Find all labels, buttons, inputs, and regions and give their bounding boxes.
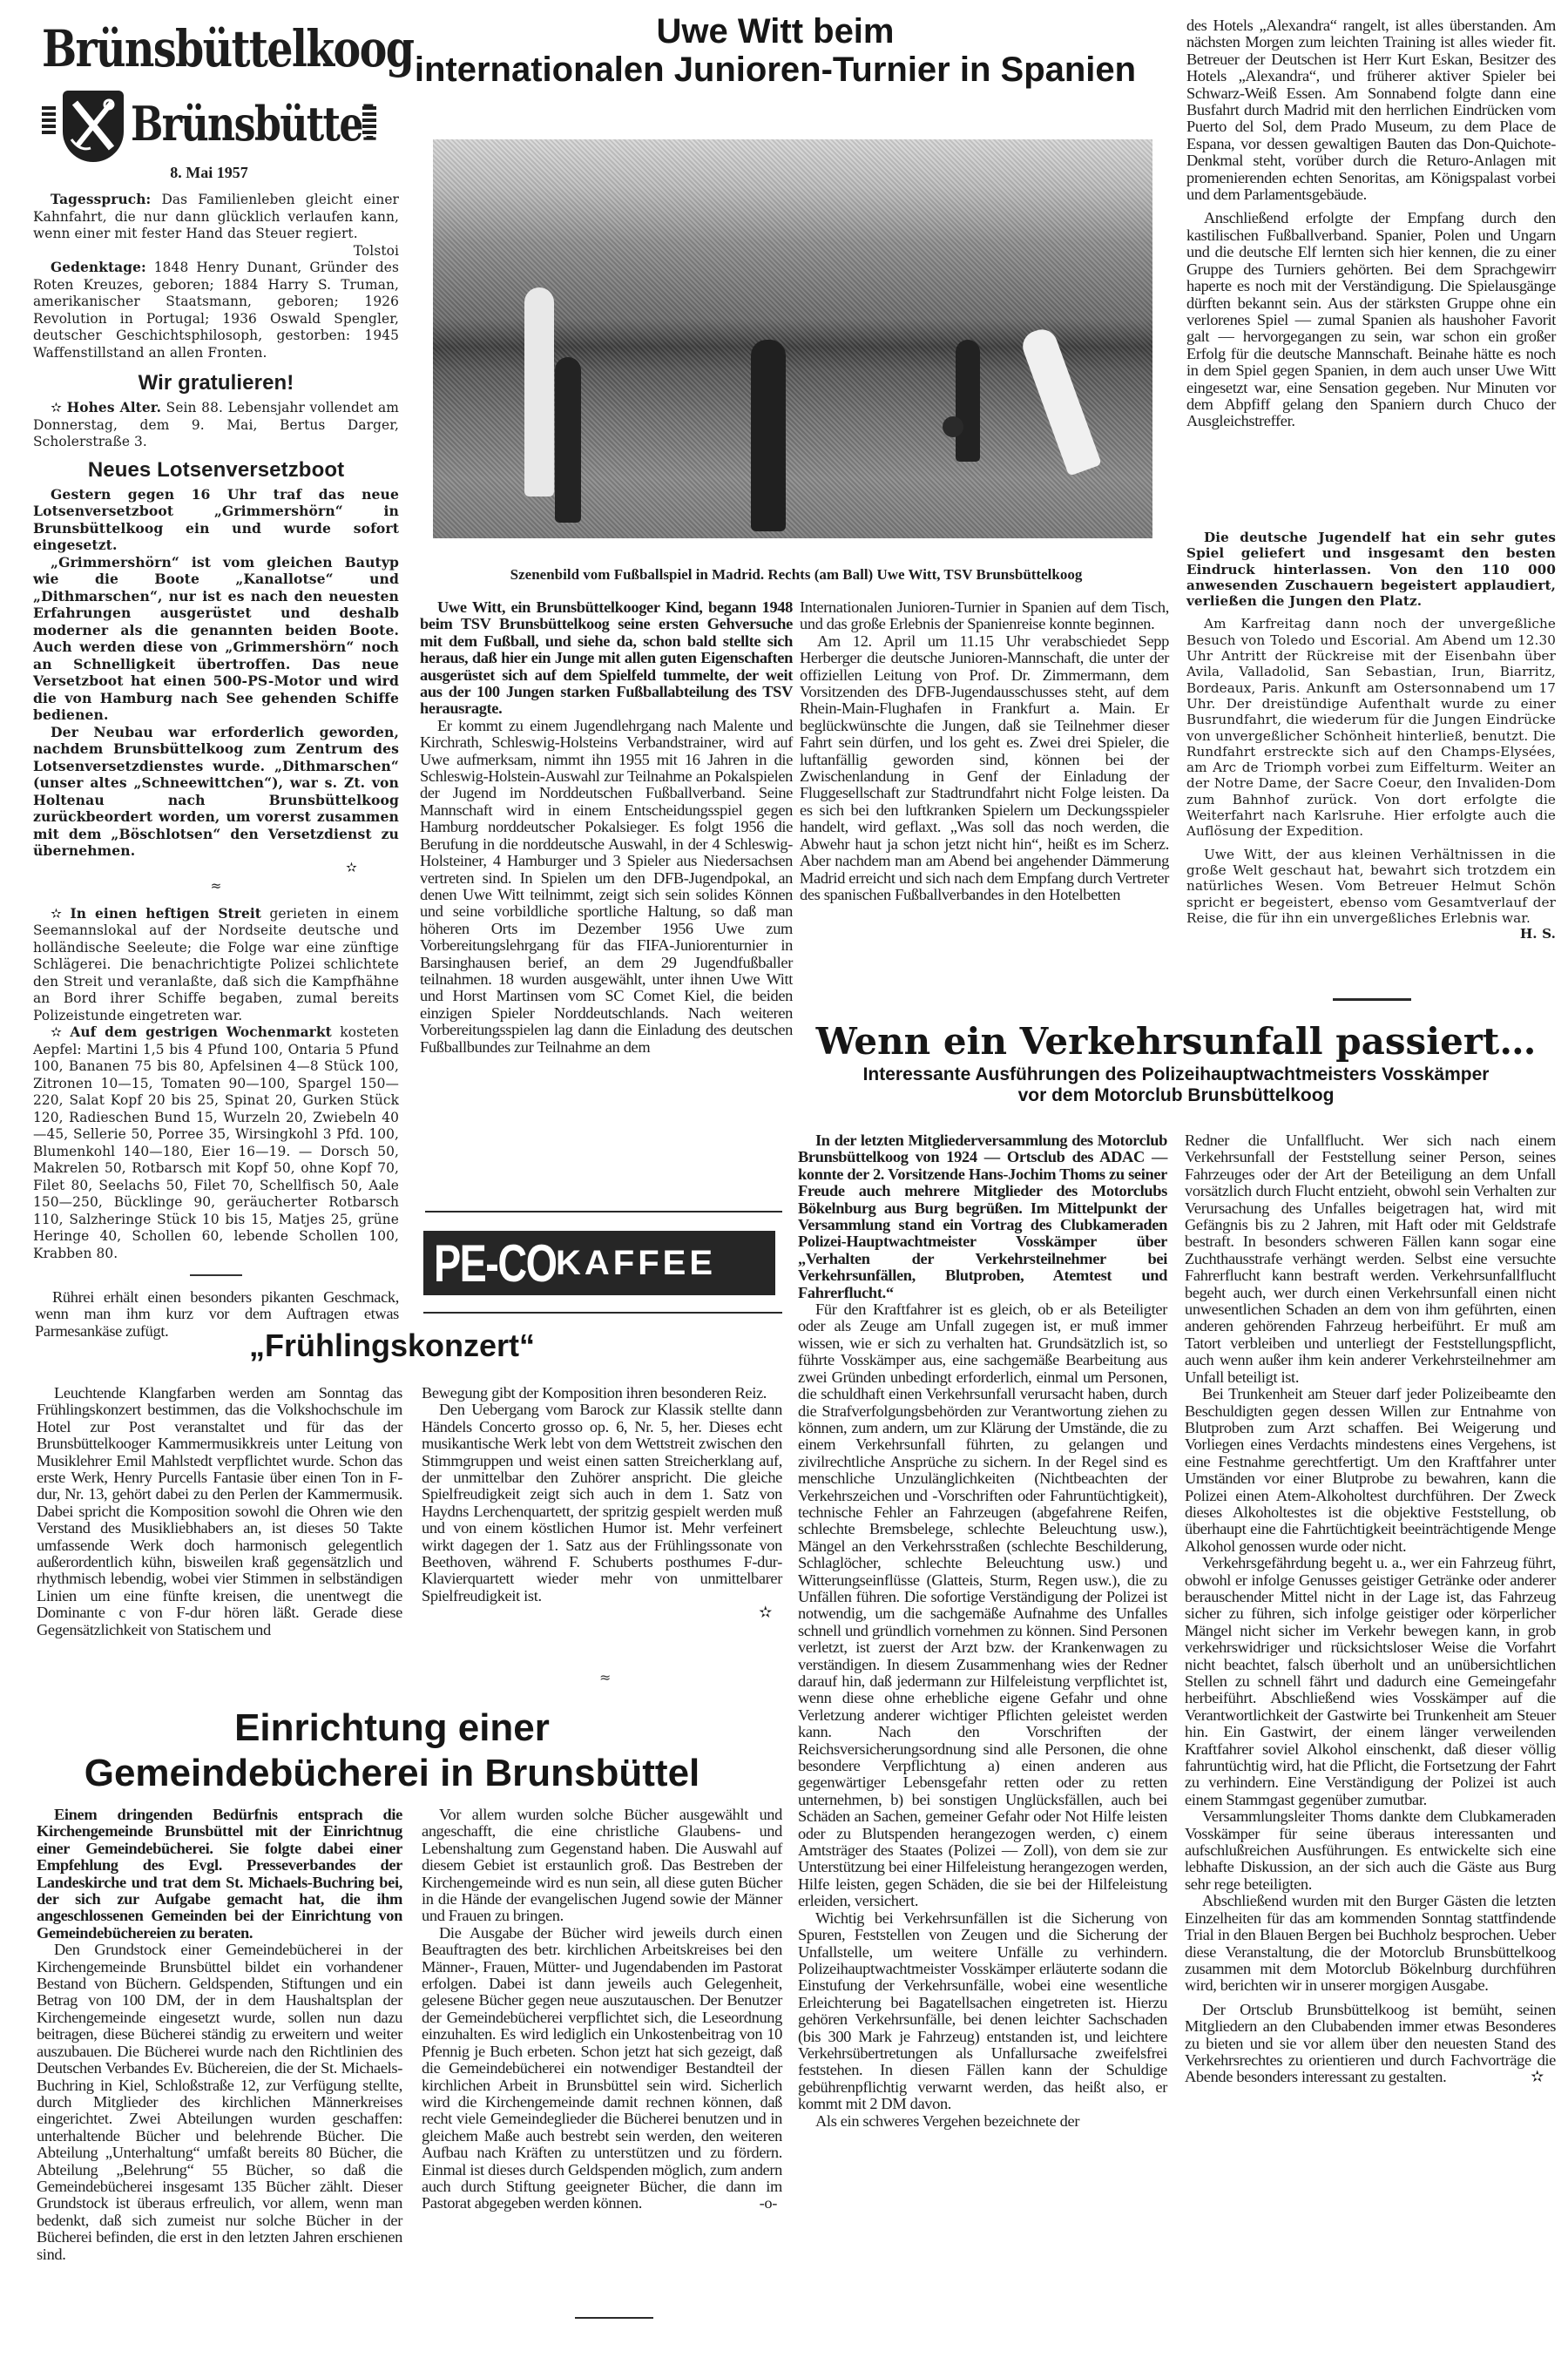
masthead-ribbon-left: [42, 106, 56, 136]
konzert-column-2: Bewegung gibt der Komposition ihren beso…: [422, 1385, 782, 1622]
anchor-shield-icon: [63, 91, 124, 162]
peco-kaffee-ad: PE-CO KAFFEE: [423, 1231, 775, 1295]
ad-rule-bottom: [423, 1312, 782, 1314]
konzert-column-1: Leuchtende Klangfarben werden am Sonntag…: [37, 1385, 402, 1638]
verkehrsunfall-column-1: In der letzten Mitgliederversammlung des…: [798, 1132, 1167, 2130]
player-figure: [1018, 325, 1102, 476]
author-mark: -o-: [742, 2195, 782, 2212]
masthead-ribbon-right: [362, 106, 376, 136]
uwe-witt-headline: Uwe Witt beim internationalen Junioren-T…: [383, 12, 1167, 89]
tagesspruch: Tagesspruch: Das Familienleben gleicht e…: [33, 192, 399, 243]
uwe-witt-column-3-continued: Die deutsche Jugendelf hat ein sehr gute…: [1186, 530, 1556, 942]
lotsen-article: Gestern gegen 16 Uhr traf das neue Lotse…: [33, 486, 399, 860]
masthead: Brünsbüttelkoog Brünsbüttel: [35, 19, 383, 176]
streit-notice: ✫ In einen heftigen Streit gerieten in e…: [33, 906, 399, 1025]
star-icon: ✫: [33, 860, 399, 877]
article-end-rule: [575, 2317, 653, 2319]
lotsen-heading: Neues Lotsenversetzboot: [33, 456, 399, 484]
star-icon: ✫: [51, 400, 62, 415]
ball: [943, 416, 963, 437]
author-initials: H. S.: [1503, 926, 1556, 942]
player-figure: [524, 287, 554, 496]
masthead-title-line2: Brünsbüttel: [131, 96, 375, 152]
photo-caption: Szenenbild vom Fußballspiel in Madrid. R…: [422, 566, 1171, 584]
short-divider: [190, 1274, 242, 1276]
buecherei-column-1: Einem dringenden Bedürfnis entsprach die…: [37, 1807, 402, 2263]
uwe-witt-column-3: des Hotels „Alexandra“ rangelt, ist alle…: [1186, 17, 1556, 430]
ad-product: KAFFEE: [556, 1244, 716, 1283]
football-match-photo: [433, 139, 1152, 538]
gedenktage: Gedenktage: 1848 Henry Dunant, Gründer d…: [33, 260, 399, 361]
verkehrsunfall-headline: Wenn ein Verkehrsunfall passiert…: [784, 1021, 1568, 1063]
star-icon: ✫: [422, 1604, 782, 1621]
ad-rule-top: [425, 1211, 782, 1213]
player-figure: [555, 357, 581, 523]
player-figure: [956, 340, 980, 462]
tagesspruch-author: Tolstoi: [336, 243, 399, 260]
wave-divider-icon: ≈: [599, 1669, 609, 1685]
buecherei-headline: Einrichtung einer Gemeindebücherei in Br…: [0, 1706, 784, 1796]
ad-brand: PE-CO: [434, 1233, 556, 1294]
buecherei-column-2: Vor allem wurden solche Bücher ausgewähl…: [422, 1807, 782, 2212]
star-icon: ✫: [1513, 2069, 1556, 2085]
player-figure: [751, 340, 786, 531]
left-column: Tagesspruch: Das Familienleben gleicht e…: [33, 192, 399, 1295]
wave-divider-icon: ≈: [33, 878, 399, 895]
verkehrsunfall-subhead: Interessante Ausführungen des Polizeihau…: [784, 1064, 1568, 1106]
uwe-witt-column-2: Internationalen Junioren-Turnier in Span…: [800, 599, 1169, 903]
article-end-rule: [1333, 998, 1411, 1001]
masthead-title-line1: Brünsbüttelkoog: [42, 19, 413, 78]
wochenmarkt-notice: ✫ Auf dem gestrigen Wochenmarkt kosteten…: [33, 1024, 399, 1262]
verkehrsunfall-column-2: Redner die Unfallflucht. Wer sich nach e…: [1185, 1132, 1556, 2086]
konzert-headline: „Frühlingskonzert“: [0, 1326, 784, 1366]
gratulation-notice: ✫ Hohes Alter. Sein 88. Lebensjahr volle…: [33, 400, 399, 451]
issue-date: 8. Mai 1957: [35, 164, 383, 182]
uwe-witt-column-1: Uwe Witt, ein Brunsbüttelkooger Kind, be…: [420, 599, 793, 1056]
gratulation-heading: Wir gratulieren!: [33, 370, 399, 396]
